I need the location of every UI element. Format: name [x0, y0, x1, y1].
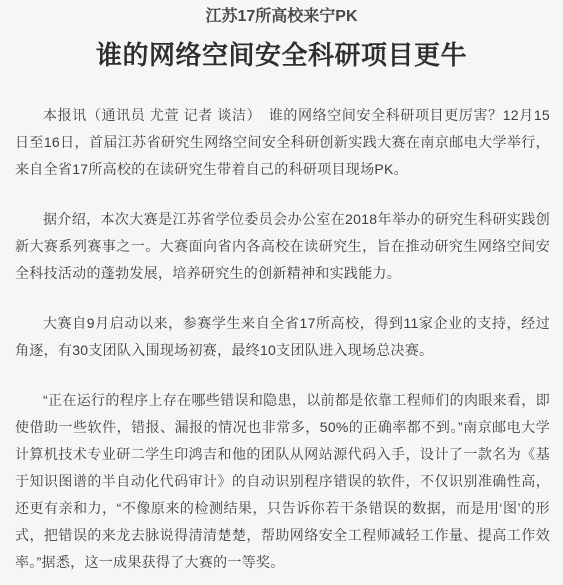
article-paragraph-1: 本报讯（通讯员 尤萱 记者 谈洁） 谁的网络空间安全科研项目更厉害？12月15日…	[15, 102, 550, 183]
article-paragraph-3: 大赛自9月启动以来，参赛学生来自全省17所高校，得到11家企业的支持，经过角逐，…	[15, 310, 550, 364]
article-paragraph-2: 据介绍，本次大赛是江苏省学位委员会办公室在2018年举办的研究生科研实践创新大赛…	[15, 206, 550, 287]
article-kicker: 江苏17所高校来宁PK	[0, 8, 563, 26]
article-page: 江苏17所高校来宁PK 谁的网络空间安全科研项目更牛 本报讯（通讯员 尤萱 记者…	[0, 0, 563, 585]
article-paragraph-4: “正在运行的程序上存在哪些错误和隐患，以前都是依靠工程师们的肉眼来看，即使借助一…	[15, 387, 550, 576]
article-title: 谁的网络空间安全科研项目更牛	[20, 38, 543, 72]
